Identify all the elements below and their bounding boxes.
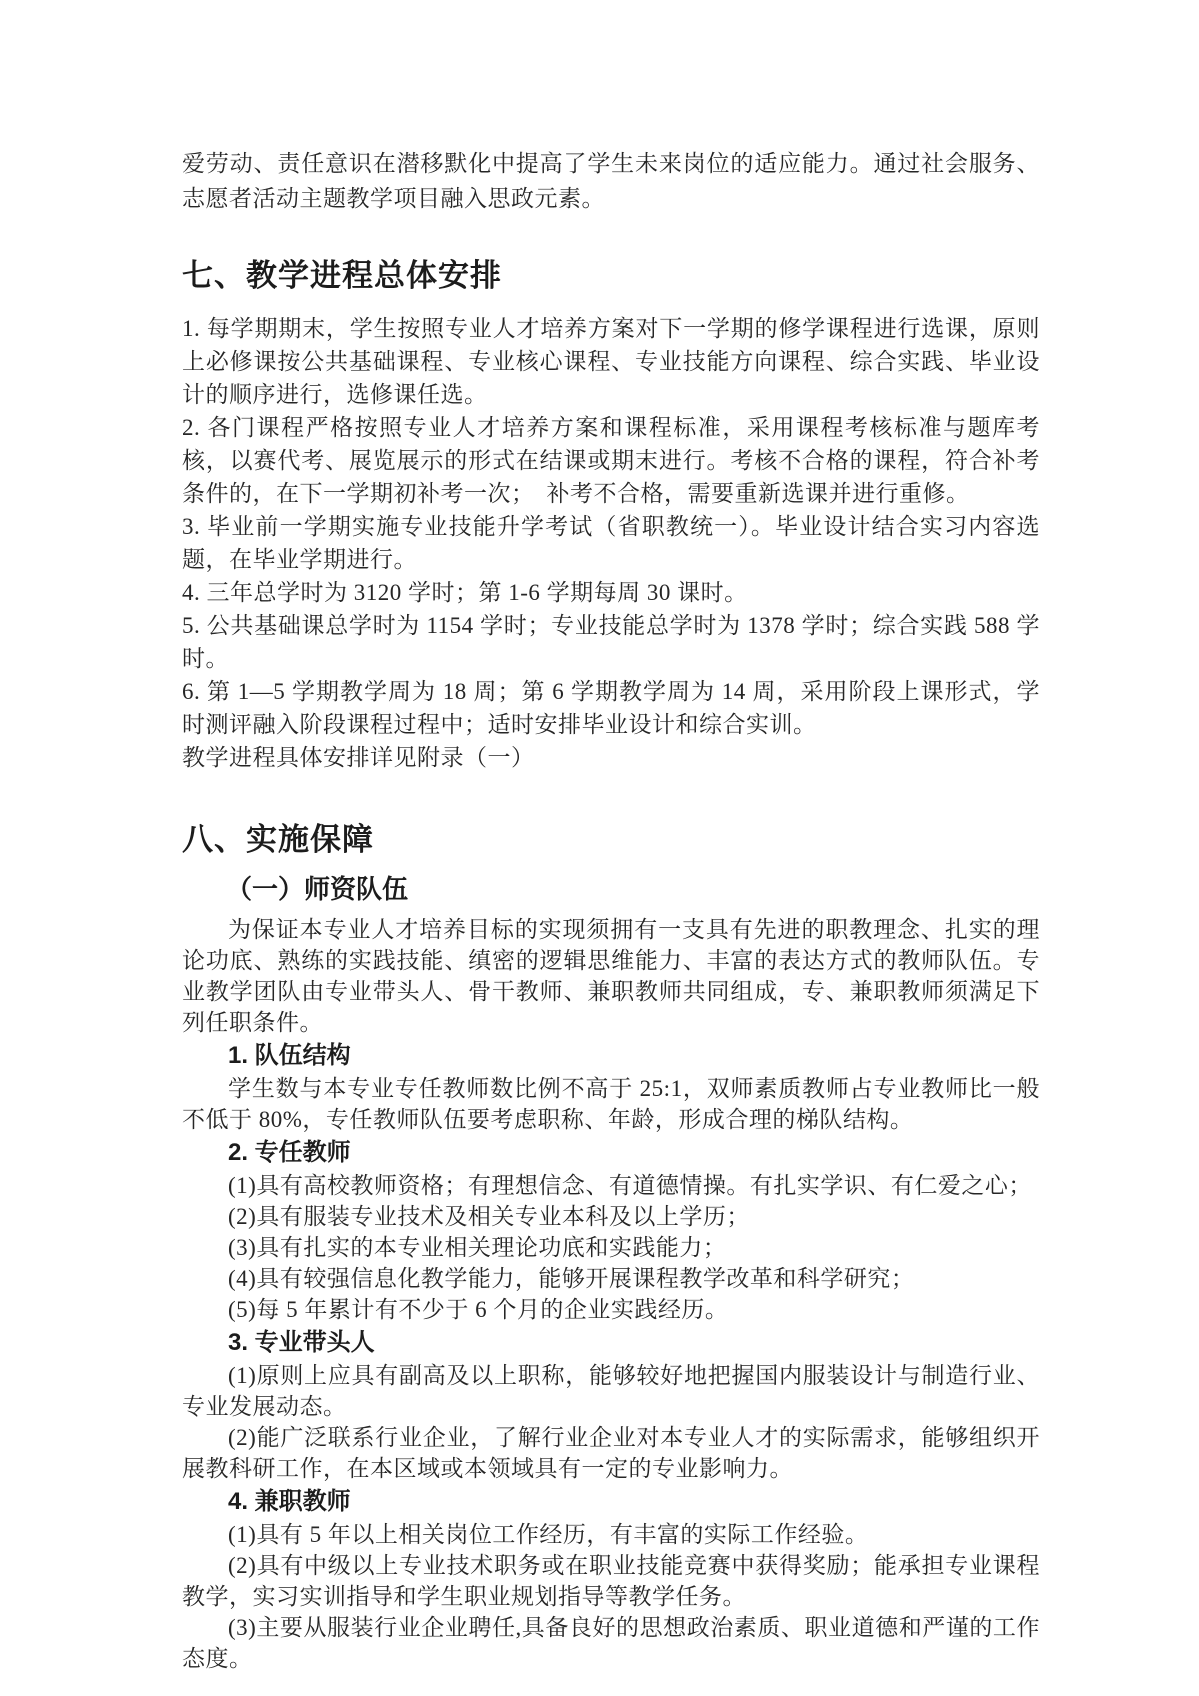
document-page: 爱劳动、责任意识在潜移默化中提高了学生未来岗位的适应能力。通过社会服务、志愿者活… (0, 0, 1199, 1696)
group-heading-team-structure: 1. 队伍结构 (228, 1040, 1040, 1072)
list-item: 2. 各门课程严格按照专业人才培养方案和课程标准，采用课程考核标准与题库考核，以… (182, 411, 1040, 510)
document-content: 爱劳动、责任意识在潜移默化中提高了学生未来岗位的适应能力。通过社会服务、志愿者活… (182, 146, 1040, 1674)
list-item: (1)原则上应具有副高及以上职称，能够较好地把握国内服装设计与制造行业、专业发展… (182, 1360, 1040, 1422)
list-item: (1)具有高校教师资格；有理想信念、有道德情操。有扎实学识、有仁爱之心； (182, 1170, 1040, 1201)
list-item: (2)具有中级以上专业技术职务或在职业技能竞赛中获得奖励；能承担专业课程教学，实… (182, 1550, 1040, 1612)
list-item: 4. 三年总学时为 3120 学时；第 1-6 学期每周 30 课时。 (182, 576, 1040, 609)
paragraph: 学生数与本专业专任教师数比例不高于 25:1，双师素质教师占专业教师比一般不低于… (182, 1073, 1040, 1135)
list-item: 5. 公共基础课总学时为 1154 学时；专业技能总学时为 1378 学时；综合… (182, 609, 1040, 675)
list-item: (3)具有扎实的本专业相关理论功底和实践能力； (182, 1232, 1040, 1263)
list-item: (2)具有服装专业技术及相关专业本科及以上学历； (182, 1201, 1040, 1232)
appendix-note: 教学进程具体安排详见附录（一） (182, 741, 1040, 774)
group-heading-program-leader: 3. 专业带头人 (228, 1327, 1040, 1359)
section-7-body: 1. 每学期期末，学生按照专业人才培养方案对下一学期的修学课程进行选课，原则上必… (182, 312, 1040, 774)
subsection-heading-teachers: （一）师资队伍 (226, 870, 1040, 908)
intro-paragraph: 爱劳动、责任意识在潜移默化中提高了学生未来岗位的适应能力。通过社会服务、志愿者活… (182, 146, 1040, 216)
group-heading-parttime-teachers: 4. 兼职教师 (228, 1486, 1040, 1518)
section-8-body: （一）师资队伍 为保证本专业人才培养目标的实现须拥有一支具有先进的职教理念、扎实… (182, 870, 1040, 1674)
list-item: 6. 第 1—5 学期教学周为 18 周；第 6 学期教学周为 14 周，采用阶… (182, 675, 1040, 741)
section-8-heading: 八、实施保障 (182, 820, 1040, 860)
list-item: (5)每 5 年累计有不少于 6 个月的企业实践经历。 (182, 1294, 1040, 1325)
list-item: (2)能广泛联系行业企业，了解行业企业对本专业人才的实际需求，能够组织开展教科研… (182, 1422, 1040, 1484)
section-7-heading: 七、教学进程总体安排 (182, 256, 1040, 296)
list-item: 1. 每学期期末，学生按照专业人才培养方案对下一学期的修学课程进行选课，原则上必… (182, 312, 1040, 411)
paragraph: 为保证本专业人才培养目标的实现须拥有一支具有先进的职教理念、扎实的理论功底、熟练… (182, 914, 1040, 1038)
group-heading-fulltime-teachers: 2. 专任教师 (228, 1137, 1040, 1169)
subsection-body: 为保证本专业人才培养目标的实现须拥有一支具有先进的职教理念、扎实的理论功底、熟练… (182, 914, 1040, 1674)
list-item: 3. 毕业前一学期实施专业技能升学考试（省职教统一）。毕业设计结合实习内容选题，… (182, 510, 1040, 576)
list-item: (3)主要从服装行业企业聘任,具备良好的思想政治素质、职业道德和严谨的工作态度。 (182, 1612, 1040, 1674)
list-item: (1)具有 5 年以上相关岗位工作经历，有丰富的实际工作经验。 (182, 1519, 1040, 1550)
list-item: (4)具有较强信息化教学能力，能够开展课程教学改革和科学研究； (182, 1263, 1040, 1294)
